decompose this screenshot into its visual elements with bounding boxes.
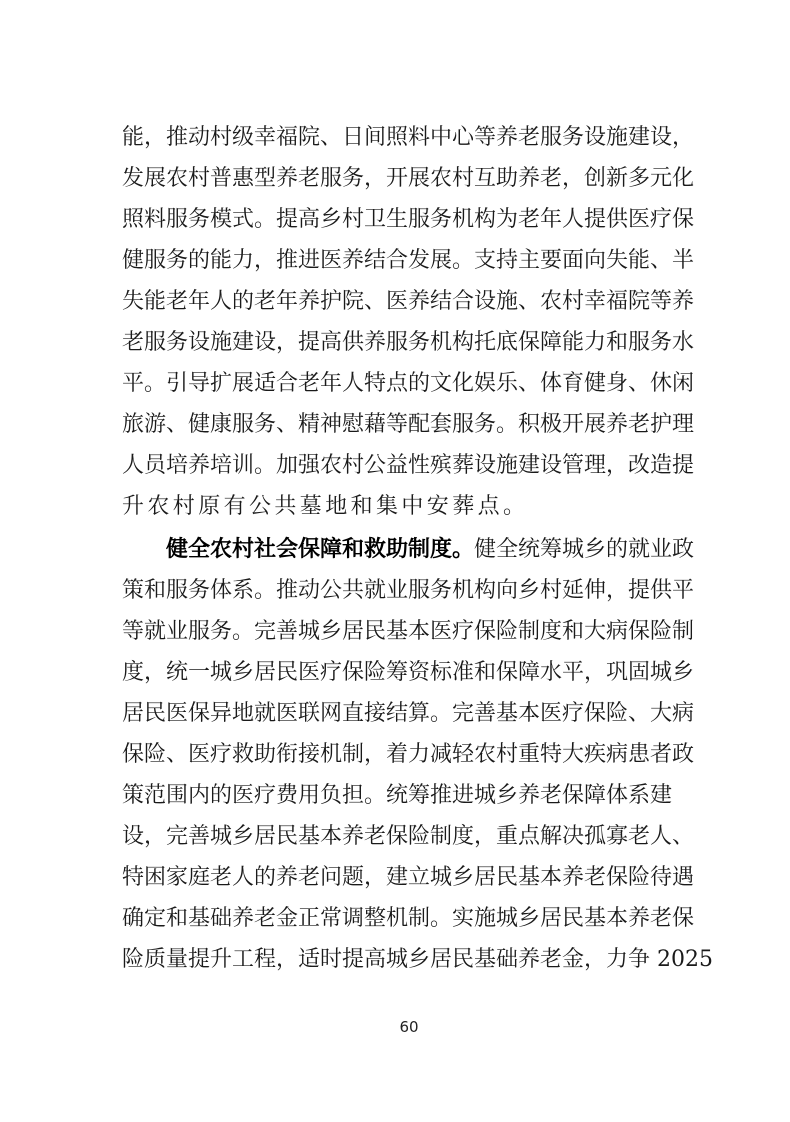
text-line: 能，推动村级幸福院、日间照料中心等养老服务设施建设， <box>122 117 668 158</box>
page-number: 60 <box>0 1018 790 1036</box>
text-line: 策范围内的医疗费用负担。统筹推进城乡养老保障体系建 <box>122 775 668 816</box>
text-line: 照料服务模式。提高乡村卫生服务机构为老年人提供医疗保 <box>122 199 668 240</box>
text-line: 设，完善城乡居民基本养老保险制度，重点解决孤寡老人、 <box>122 816 668 857</box>
heading-followup-text: 健全统筹城乡的就业政 <box>474 537 694 562</box>
text-line: 特困家庭老人的养老问题，建立城乡居民基本养老保险待遇 <box>122 857 668 898</box>
text-line: 度，统一城乡居民医疗保险筹资标准和保障水平，巩固城乡 <box>122 652 668 693</box>
text-line: 策和服务体系。推动公共就业服务机构向乡村延伸，提供平 <box>122 570 668 611</box>
paragraph-social-security: 健全农村社会保障和救助制度。健全统筹城乡的就业政 策和服务体系。推动公共就业服务… <box>122 529 668 980</box>
text-line-last: 升农村原有公共墓地和集中安葬点。 <box>122 486 668 527</box>
text-line: 旅游、健康服务、精神慰藉等配套服务。积极开展养老护理 <box>122 404 668 445</box>
text-line: 人员培养培训。加强农村公益性殡葬设施建设管理，改造提 <box>122 445 668 486</box>
text-line: 险质量提升工程，适时提高城乡居民基础养老金，力争 2025 <box>122 939 668 980</box>
body-text: 能，推动村级幸福院、日间照料中心等养老服务设施建设， 发展农村普惠型养老服务，开… <box>122 117 668 980</box>
text-line: 失能老年人的老年养护院、医养结合设施、农村幸福院等养 <box>122 281 668 322</box>
text-line: 健服务的能力，推进医养结合发展。支持主要面向失能、半 <box>122 240 668 281</box>
text-line: 保险、医疗救助衔接机制，着力减轻农村重特大疾病患者政 <box>122 734 668 775</box>
text-line-first: 健全农村社会保障和救助制度。健全统筹城乡的就业政 <box>122 529 668 570</box>
document-page: 能，推动村级幸福院、日间照料中心等养老服务设施建设， 发展农村普惠型养老服务，开… <box>0 0 790 1122</box>
section-heading: 健全农村社会保障和救助制度。 <box>166 537 474 562</box>
text-line: 老服务设施建设，提高供养服务机构托底保障能力和服务水 <box>122 322 668 363</box>
paragraph-elderly-services: 能，推动村级幸福院、日间照料中心等养老服务设施建设， 发展农村普惠型养老服务，开… <box>122 117 668 527</box>
text-line: 确定和基础养老金正常调整机制。实施城乡居民基本养老保 <box>122 898 668 939</box>
text-line: 居民医保异地就医联网直接结算。完善基本医疗保险、大病 <box>122 693 668 734</box>
text-line: 等就业服务。完善城乡居民基本医疗保险制度和大病保险制 <box>122 611 668 652</box>
text-line: 发展农村普惠型养老服务，开展农村互助养老，创新多元化 <box>122 158 668 199</box>
text-line: 平。引导扩展适合老年人特点的文化娱乐、体育健身、休闲 <box>122 363 668 404</box>
